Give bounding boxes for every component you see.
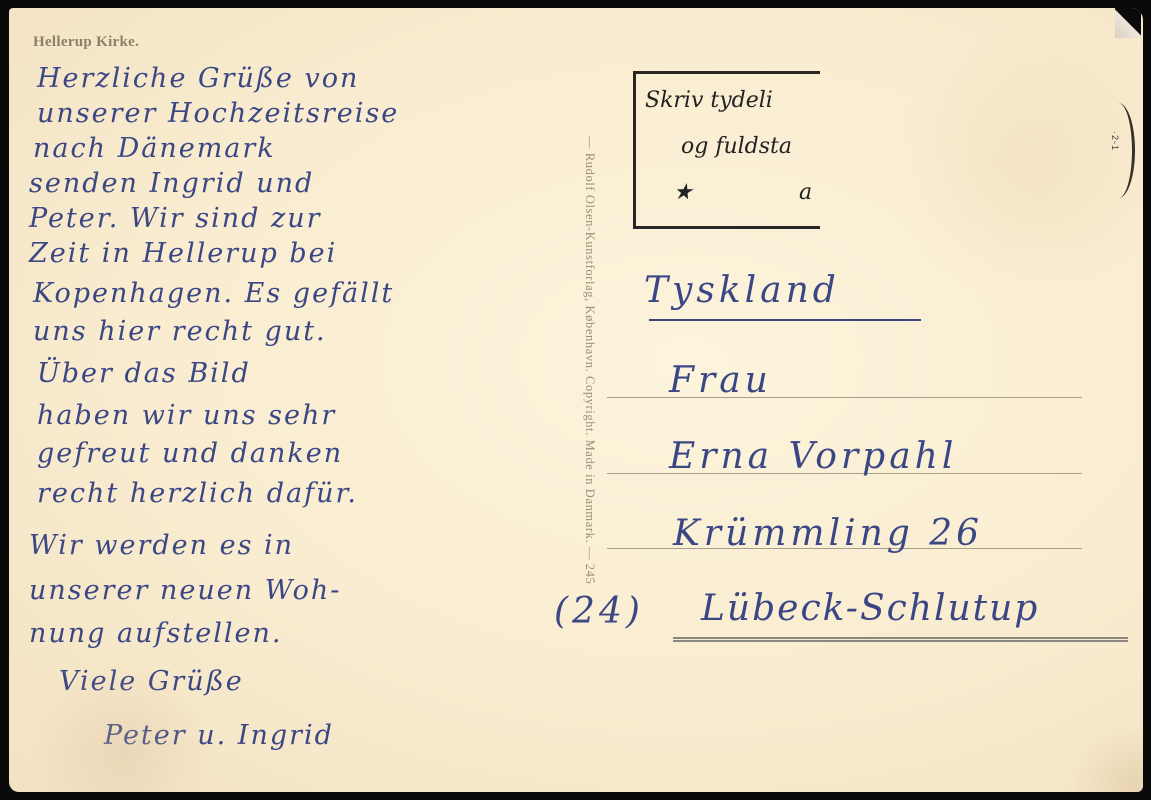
message-line: nach Dänemark	[33, 133, 276, 164]
address-city: Lübeck-Schlutup	[701, 588, 1039, 629]
stamp-text-line: Skriv tydeli	[645, 88, 773, 113]
publisher-imprint: — Rudolf Olsen-Kunstforlag, København. C…	[582, 136, 597, 584]
message-closing: Viele Grüße	[59, 666, 244, 697]
message-line: Kopenhagen. Es gefällt	[33, 278, 394, 309]
message-line: haben wir uns sehr	[37, 400, 336, 431]
address-name: Erna Vorpahl	[669, 436, 957, 477]
address-street: Krümmling 26	[673, 513, 983, 554]
stamp-text-line: a	[799, 180, 812, 205]
message-line: unserer neuen Woh-	[29, 575, 341, 606]
message-signature: Peter u. Ingrid	[104, 720, 334, 751]
message-line: Zeit in Hellerup bei	[29, 238, 337, 269]
message-line: unserer Hochzeitsreise	[37, 98, 399, 129]
country-underline	[649, 319, 921, 321]
address-postal-code: (24)	[554, 591, 644, 632]
message-line: Peter. Wir sind zur	[29, 203, 322, 234]
postcard-back: Hellerup Kirke. Herzliche Grüße von unse…	[9, 8, 1143, 792]
printed-caption: Hellerup Kirke.	[33, 34, 139, 51]
message-line: gefreut und danken	[37, 438, 343, 469]
message-line: Wir werden es in	[29, 530, 294, 561]
message-line: nung aufstellen.	[29, 618, 282, 649]
message-line: recht herzlich dafür.	[37, 478, 358, 509]
message-line: senden Ingrid und	[29, 168, 314, 199]
address-country: Tyskland	[644, 270, 840, 311]
message-line: Über das Bild	[37, 358, 251, 389]
message-line: uns hier recht gut.	[33, 316, 327, 347]
city-underline	[673, 637, 1128, 642]
stamp-text-line: og fuldsta	[681, 134, 792, 159]
postmark-text: ·2-1	[1110, 131, 1120, 151]
address-title: Frau	[669, 360, 772, 401]
folded-corner	[1115, 8, 1141, 38]
message-line: Herzliche Grüße von	[37, 63, 359, 94]
star-icon: ★	[673, 180, 693, 205]
